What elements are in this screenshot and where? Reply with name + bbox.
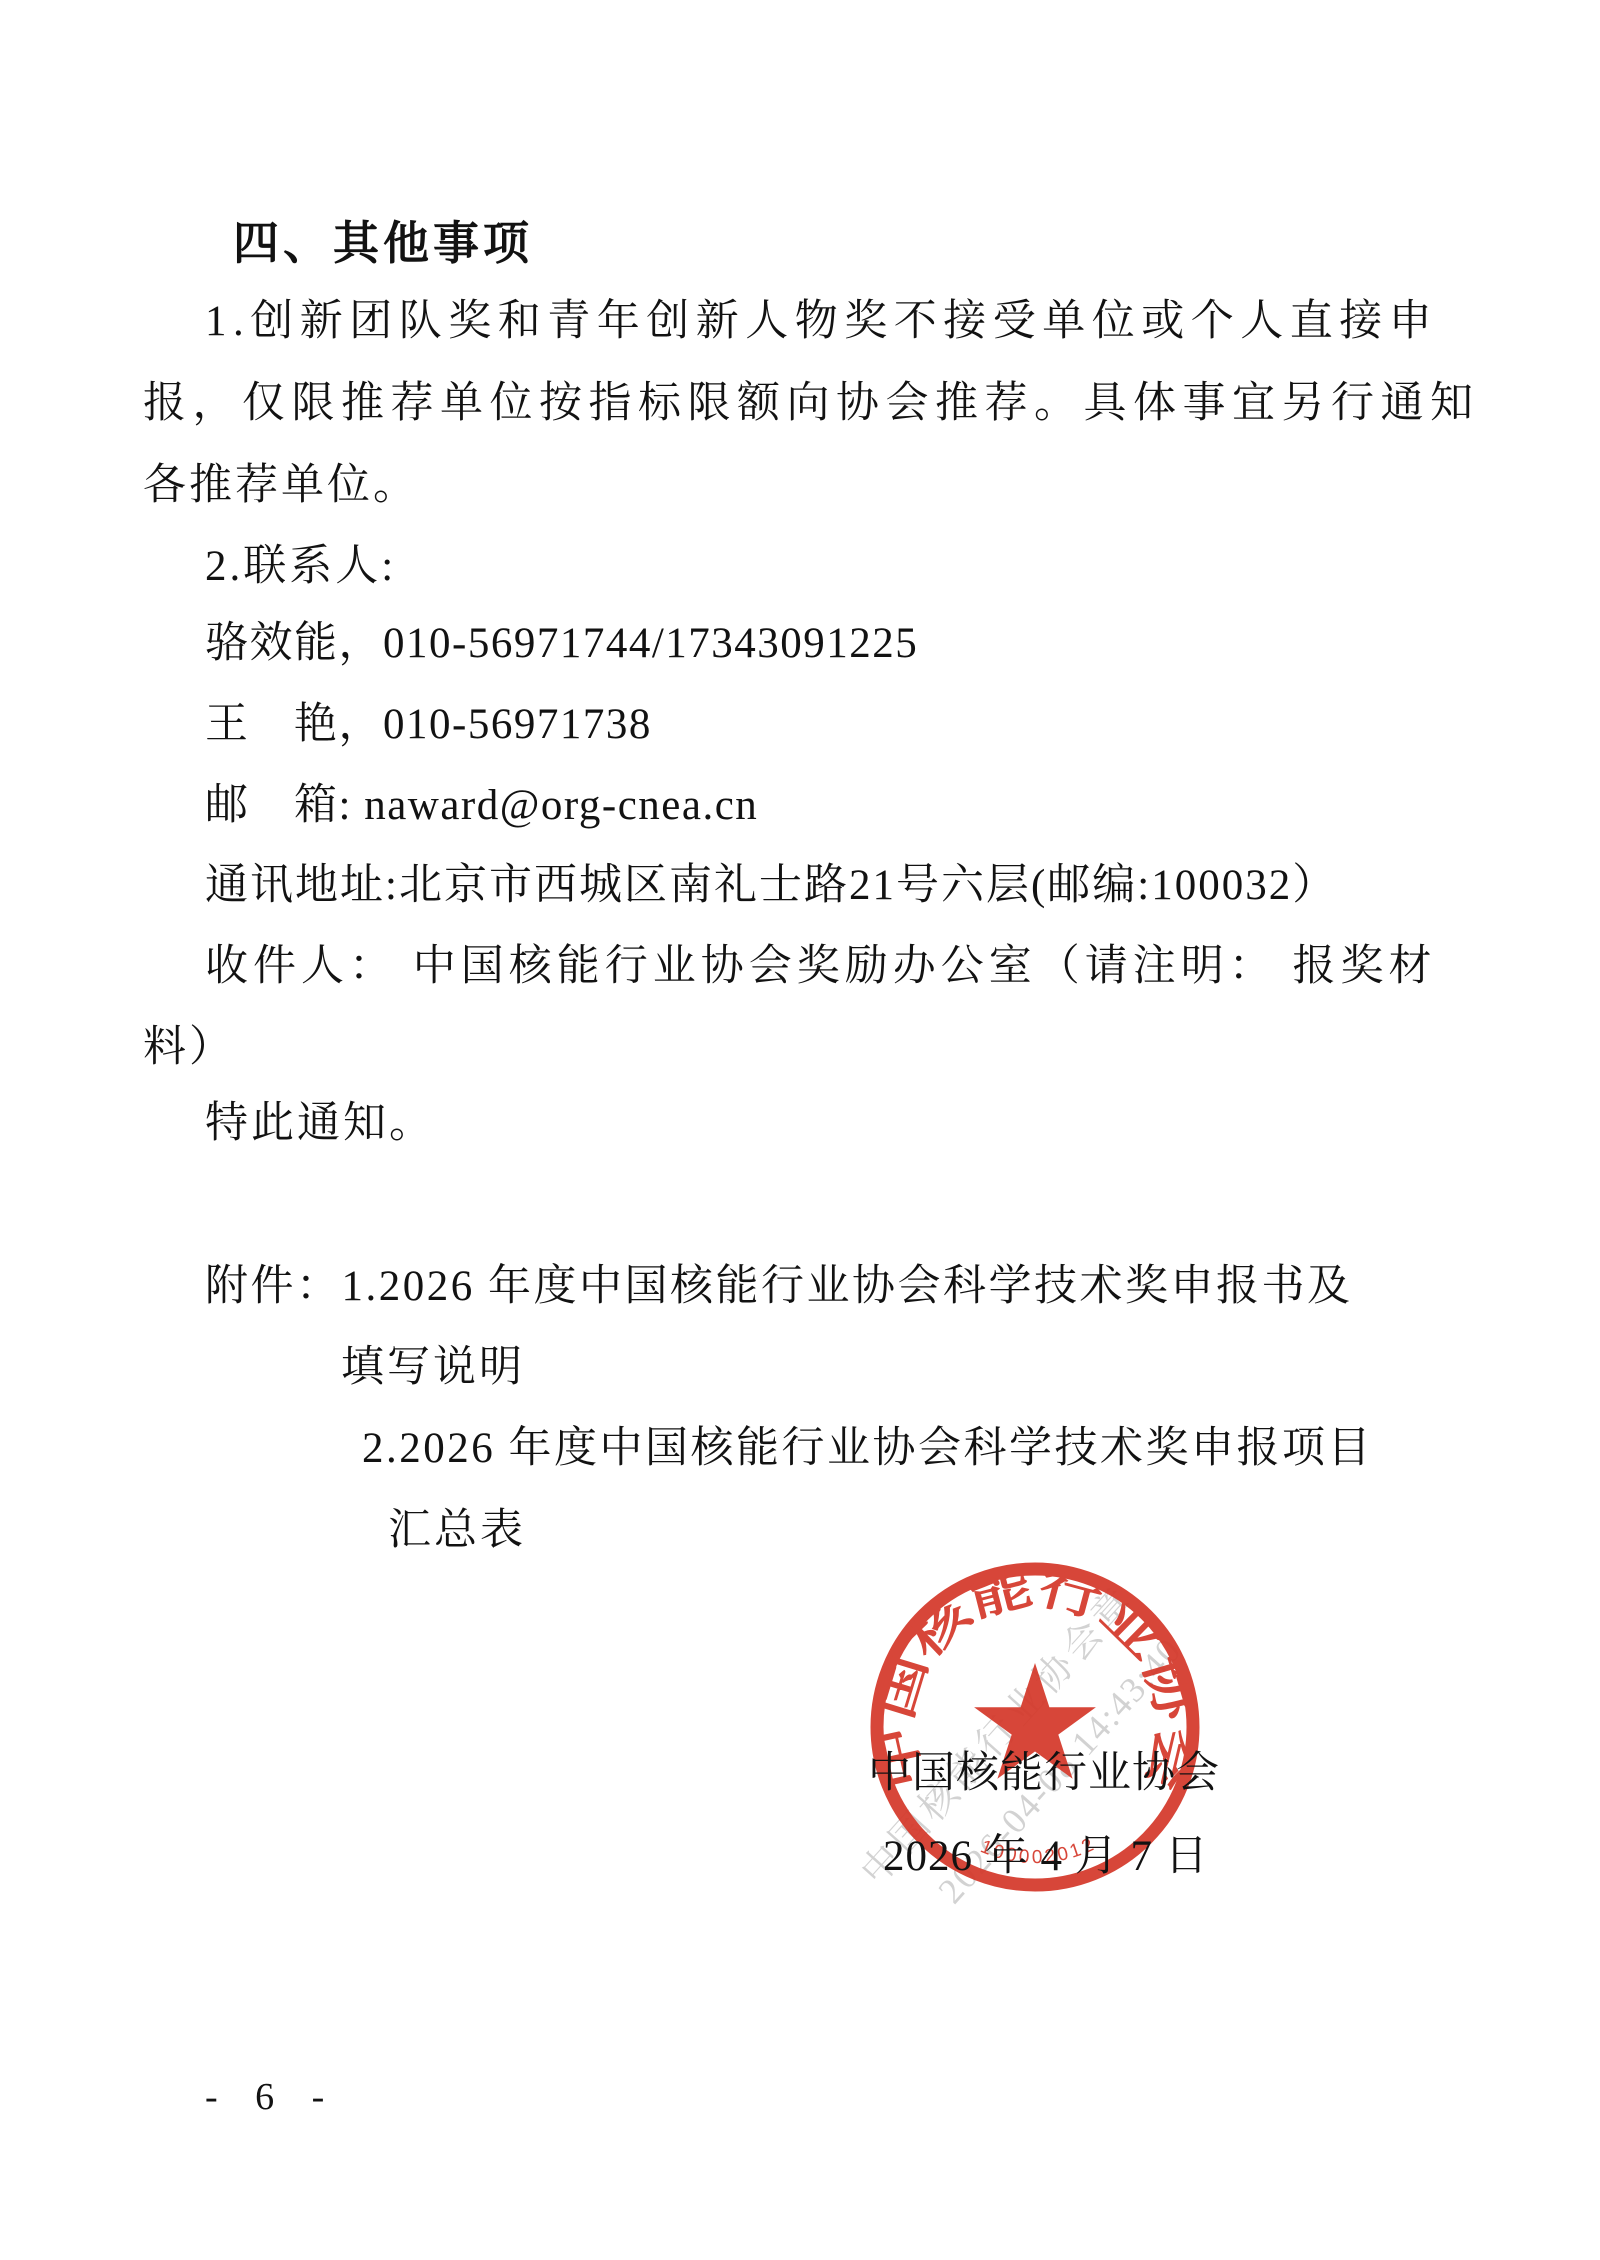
page-number: - 6 -: [205, 2078, 338, 2116]
contact-email-line: 邮 箱: naward@org-cnea.cn: [205, 784, 758, 827]
closing-line: 特此通知。: [205, 1102, 435, 1145]
paragraph-1-line-3: 各推荐单位。: [143, 464, 419, 507]
recipient-line-1: 收件人： 中国核能行业协会奖励办公室（请注明： 报奖材: [205, 945, 1437, 988]
contact-person-2: 王 艳，010-56971738: [205, 703, 652, 746]
attachment-line-4: 汇总表: [388, 1509, 526, 1552]
recipient-line-2: 料）: [143, 1026, 235, 1069]
signature-date: 2026 年 4 月 7 日: [883, 1835, 1209, 1878]
document-page: 四、其他事项 1.创新团队奖和青年创新人物奖不接受单位或个人直接申 报，仅限推荐…: [0, 0, 1600, 2260]
mailing-address-line: 通讯地址:北京市西城区南礼士路21号六层(邮编:100032）: [205, 864, 1337, 907]
paragraph-1-line-1: 1.创新团队奖和青年创新人物奖不接受单位或个人直接申: [205, 300, 1438, 343]
attachment-line-1: 附件：1.2026 年度中国核能行业协会科学技术奖申报书及: [205, 1265, 1353, 1308]
attachment-line-3: 2.2026 年度中国核能行业协会科学技术奖申报项目: [362, 1427, 1373, 1470]
paragraph-1-line-2: 报，仅限推荐单位按指标限额向协会推荐。具体事宜另行通知: [143, 382, 1480, 425]
signature-organization: 中国核能行业协会: [868, 1752, 1220, 1795]
attachment-line-2: 填写说明: [341, 1346, 525, 1389]
contact-person-1: 骆效能，010-56971744/17343091225: [205, 622, 918, 665]
section-heading: 四、其他事项: [233, 220, 533, 266]
contacts-heading: 2.联系人:: [205, 545, 396, 588]
